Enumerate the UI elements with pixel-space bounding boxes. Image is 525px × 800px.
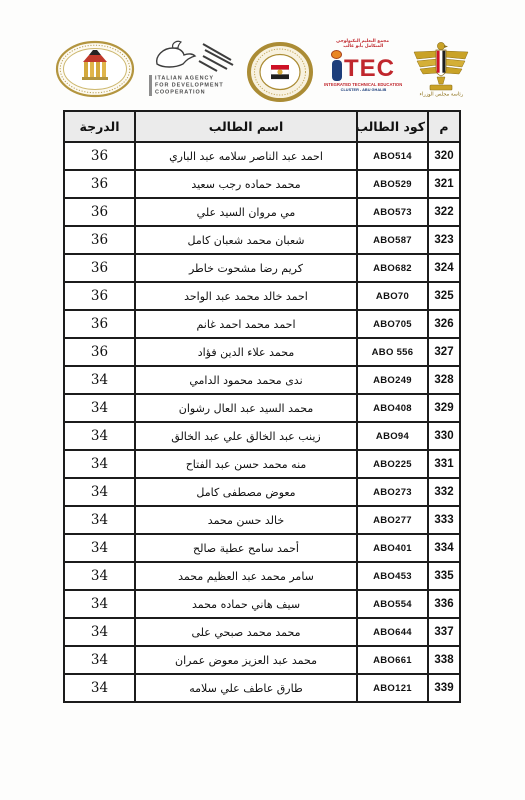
table-row: 327ABO 556محمد علاء الدين فؤاد36 (64, 338, 460, 366)
index-cell: 329 (428, 394, 460, 422)
code-cell: ABO554 (357, 590, 428, 618)
table-row: 321ABO529محمد حماده رجب سعيد36 (64, 170, 460, 198)
grade-cell: 34 (64, 618, 135, 646)
name-cell: كريم رضا مشحوت خاطر (135, 254, 357, 282)
education-fund-seal-icon (55, 40, 135, 98)
grade-cell: 34 (64, 394, 135, 422)
name-cell: أحمد سامح عطية صالح (135, 534, 357, 562)
code-cell: ABO249 (357, 366, 428, 394)
name-cell: شعبان محمد شعبان كامل (135, 226, 357, 254)
results-table: م كود الطالب اسم الطالب الدرجة 320ABO514… (63, 110, 461, 703)
table-row: 332ABO273معوض مصطفى كامل34 (64, 478, 460, 506)
grade-cell: 36 (64, 198, 135, 226)
itec-subtitle-red: INTEGRATED TECHNICAL EDUCATION (324, 83, 402, 87)
table-row: 337ABO644محمد محمد صبحي على34 (64, 618, 460, 646)
name-cell: محمد السيد عبد العال رشوان (135, 394, 357, 422)
index-cell: 325 (428, 282, 460, 310)
index-cell: 333 (428, 506, 460, 534)
index-cell: 322 (428, 198, 460, 226)
table-row: 330ABO94زينب عبد الخالق علي عبد الخالق34 (64, 422, 460, 450)
table-row: 336ABO554سيف هاني حماده محمد34 (64, 590, 460, 618)
itec-subtitle-blue: CLUSTER - ABU GHALIB (340, 88, 386, 92)
code-cell: ABO121 (357, 674, 428, 702)
code-cell: ABO453 (357, 562, 428, 590)
table-row: 325ABO70احمد خالد محمد عبد الواحد36 (64, 282, 460, 310)
code-cell: ABO514 (357, 142, 428, 170)
code-cell: ABO644 (357, 618, 428, 646)
table-row: 320ABO514احمد عبد الناصر سلامه عبد البار… (64, 142, 460, 170)
name-cell: زينب عبد الخالق علي عبد الخالق (135, 422, 357, 450)
italian-agency-logo: ITALIAN AGENCY FOR DEVELOPMENT COOPERATI… (143, 38, 243, 96)
itec-tec-text: TEC (344, 57, 395, 81)
table-row: 331ABO225منه محمد حسن عبد الفتاح34 (64, 450, 460, 478)
index-cell: 326 (428, 310, 460, 338)
header-grade: الدرجة (64, 111, 135, 142)
index-cell: 327 (428, 338, 460, 366)
name-cell: ندى محمد محمود الدامي (135, 366, 357, 394)
header-name: اسم الطالب (135, 111, 357, 142)
grade-cell: 36 (64, 142, 135, 170)
index-cell: 328 (428, 366, 460, 394)
name-cell: معوض مصطفى كامل (135, 478, 357, 506)
grade-cell: 36 (64, 310, 135, 338)
grade-cell: 34 (64, 450, 135, 478)
grade-cell: 34 (64, 534, 135, 562)
name-cell: سيف هاني حماده محمد (135, 590, 357, 618)
dove-icon (143, 38, 243, 74)
itec-logo: مجمع التعليم التكنولوجي المتكامل بأبو غا… (320, 39, 406, 95)
italian-agency-bar (149, 75, 152, 96)
itec-arabic-line1: مجمع التعليم التكنولوجي (337, 39, 390, 43)
ministry-seal-icon (247, 42, 313, 102)
emblem-caption: رئاسة مجلس الوزراء (419, 91, 463, 97)
name-cell: منه محمد حسن عبد الفتاح (135, 450, 357, 478)
code-cell: ABO225 (357, 450, 428, 478)
grade-cell: 36 (64, 226, 135, 254)
name-cell: خالد حسن محمد (135, 506, 357, 534)
grade-cell: 34 (64, 590, 135, 618)
index-cell: 338 (428, 646, 460, 674)
results-table-body: 320ABO514احمد عبد الناصر سلامه عبد البار… (64, 142, 460, 702)
grade-cell: 34 (64, 478, 135, 506)
index-cell: 335 (428, 562, 460, 590)
code-cell: ABO705 (357, 310, 428, 338)
grade-cell: 36 (64, 282, 135, 310)
table-row: 322ABO573مي مروان السيد علي36 (64, 198, 460, 226)
table-row: 326ABO705احمد محمد احمد غانم36 (64, 310, 460, 338)
grade-cell: 36 (64, 338, 135, 366)
name-cell: محمد محمد صبحي على (135, 618, 357, 646)
index-cell: 324 (428, 254, 460, 282)
grade-cell: 34 (64, 562, 135, 590)
table-row: 323ABO587شعبان محمد شعبان كامل36 (64, 226, 460, 254)
name-cell: احمد عبد الناصر سلامه عبد الباري (135, 142, 357, 170)
egypt-emblem-logo: رئاسة مجلس الوزراء (410, 40, 472, 99)
code-cell: ABO682 (357, 254, 428, 282)
code-cell: ABO661 (357, 646, 428, 674)
grade-cell: 34 (64, 646, 135, 674)
index-cell: 330 (428, 422, 460, 450)
code-cell: ABO273 (357, 478, 428, 506)
grade-cell: 36 (64, 170, 135, 198)
name-cell: محمد عبد العزيز معوض عمران (135, 646, 357, 674)
code-cell: ABO573 (357, 198, 428, 226)
grade-cell: 34 (64, 674, 135, 702)
code-cell: ABO 556 (357, 338, 428, 366)
itec-lamp-i-icon (331, 50, 342, 81)
index-cell: 339 (428, 674, 460, 702)
name-cell: احمد خالد محمد عبد الواحد (135, 282, 357, 310)
name-cell: سامر محمد عبد العظيم محمد (135, 562, 357, 590)
name-cell: محمد علاء الدين فؤاد (135, 338, 357, 366)
egypt-eagle-icon (410, 40, 472, 92)
table-header-row: م كود الطالب اسم الطالب الدرجة (64, 111, 460, 142)
italian-agency-line2: FOR DEVELOPMENT (155, 83, 224, 88)
table-row: 324ABO682كريم رضا مشحوت خاطر36 (64, 254, 460, 282)
code-cell: ABO587 (357, 226, 428, 254)
header-code: كود الطالب (357, 111, 428, 142)
table-row: 339ABO121طارق عاطف علي سلامه34 (64, 674, 460, 702)
itec-arabic-line2: المتكامل بأبو غالب (343, 44, 383, 48)
name-cell: طارق عاطف علي سلامه (135, 674, 357, 702)
name-cell: محمد حماده رجب سعيد (135, 170, 357, 198)
code-cell: ABO277 (357, 506, 428, 534)
table-row: 334ABO401أحمد سامح عطية صالح34 (64, 534, 460, 562)
table-row: 329ABO408محمد السيد عبد العال رشوان34 (64, 394, 460, 422)
code-cell: ABO94 (357, 422, 428, 450)
code-cell: ABO529 (357, 170, 428, 198)
table-row: 338ABO661محمد عبد العزيز معوض عمران34 (64, 646, 460, 674)
grade-cell: 34 (64, 506, 135, 534)
index-cell: 321 (428, 170, 460, 198)
name-cell: مي مروان السيد علي (135, 198, 357, 226)
code-cell: ABO408 (357, 394, 428, 422)
index-cell: 320 (428, 142, 460, 170)
table-row: 335ABO453سامر محمد عبد العظيم محمد34 (64, 562, 460, 590)
index-cell: 331 (428, 450, 460, 478)
code-cell: ABO401 (357, 534, 428, 562)
grade-cell: 34 (64, 366, 135, 394)
index-cell: 336 (428, 590, 460, 618)
italian-agency-line1: ITALIAN AGENCY (155, 76, 224, 81)
italian-agency-line3: COOPERATION (155, 90, 224, 95)
name-cell: احمد محمد احمد غانم (135, 310, 357, 338)
code-cell: ABO70 (357, 282, 428, 310)
table-row: 328ABO249ندى محمد محمود الدامي34 (64, 366, 460, 394)
index-cell: 332 (428, 478, 460, 506)
scanned-results-page: { "logos": { "fund_seal_icon": "educatio… (0, 0, 525, 800)
index-cell: 323 (428, 226, 460, 254)
index-cell: 337 (428, 618, 460, 646)
index-cell: 334 (428, 534, 460, 562)
grade-cell: 34 (64, 422, 135, 450)
table-row: 333ABO277خالد حسن محمد34 (64, 506, 460, 534)
grade-cell: 36 (64, 254, 135, 282)
header-index: م (428, 111, 460, 142)
